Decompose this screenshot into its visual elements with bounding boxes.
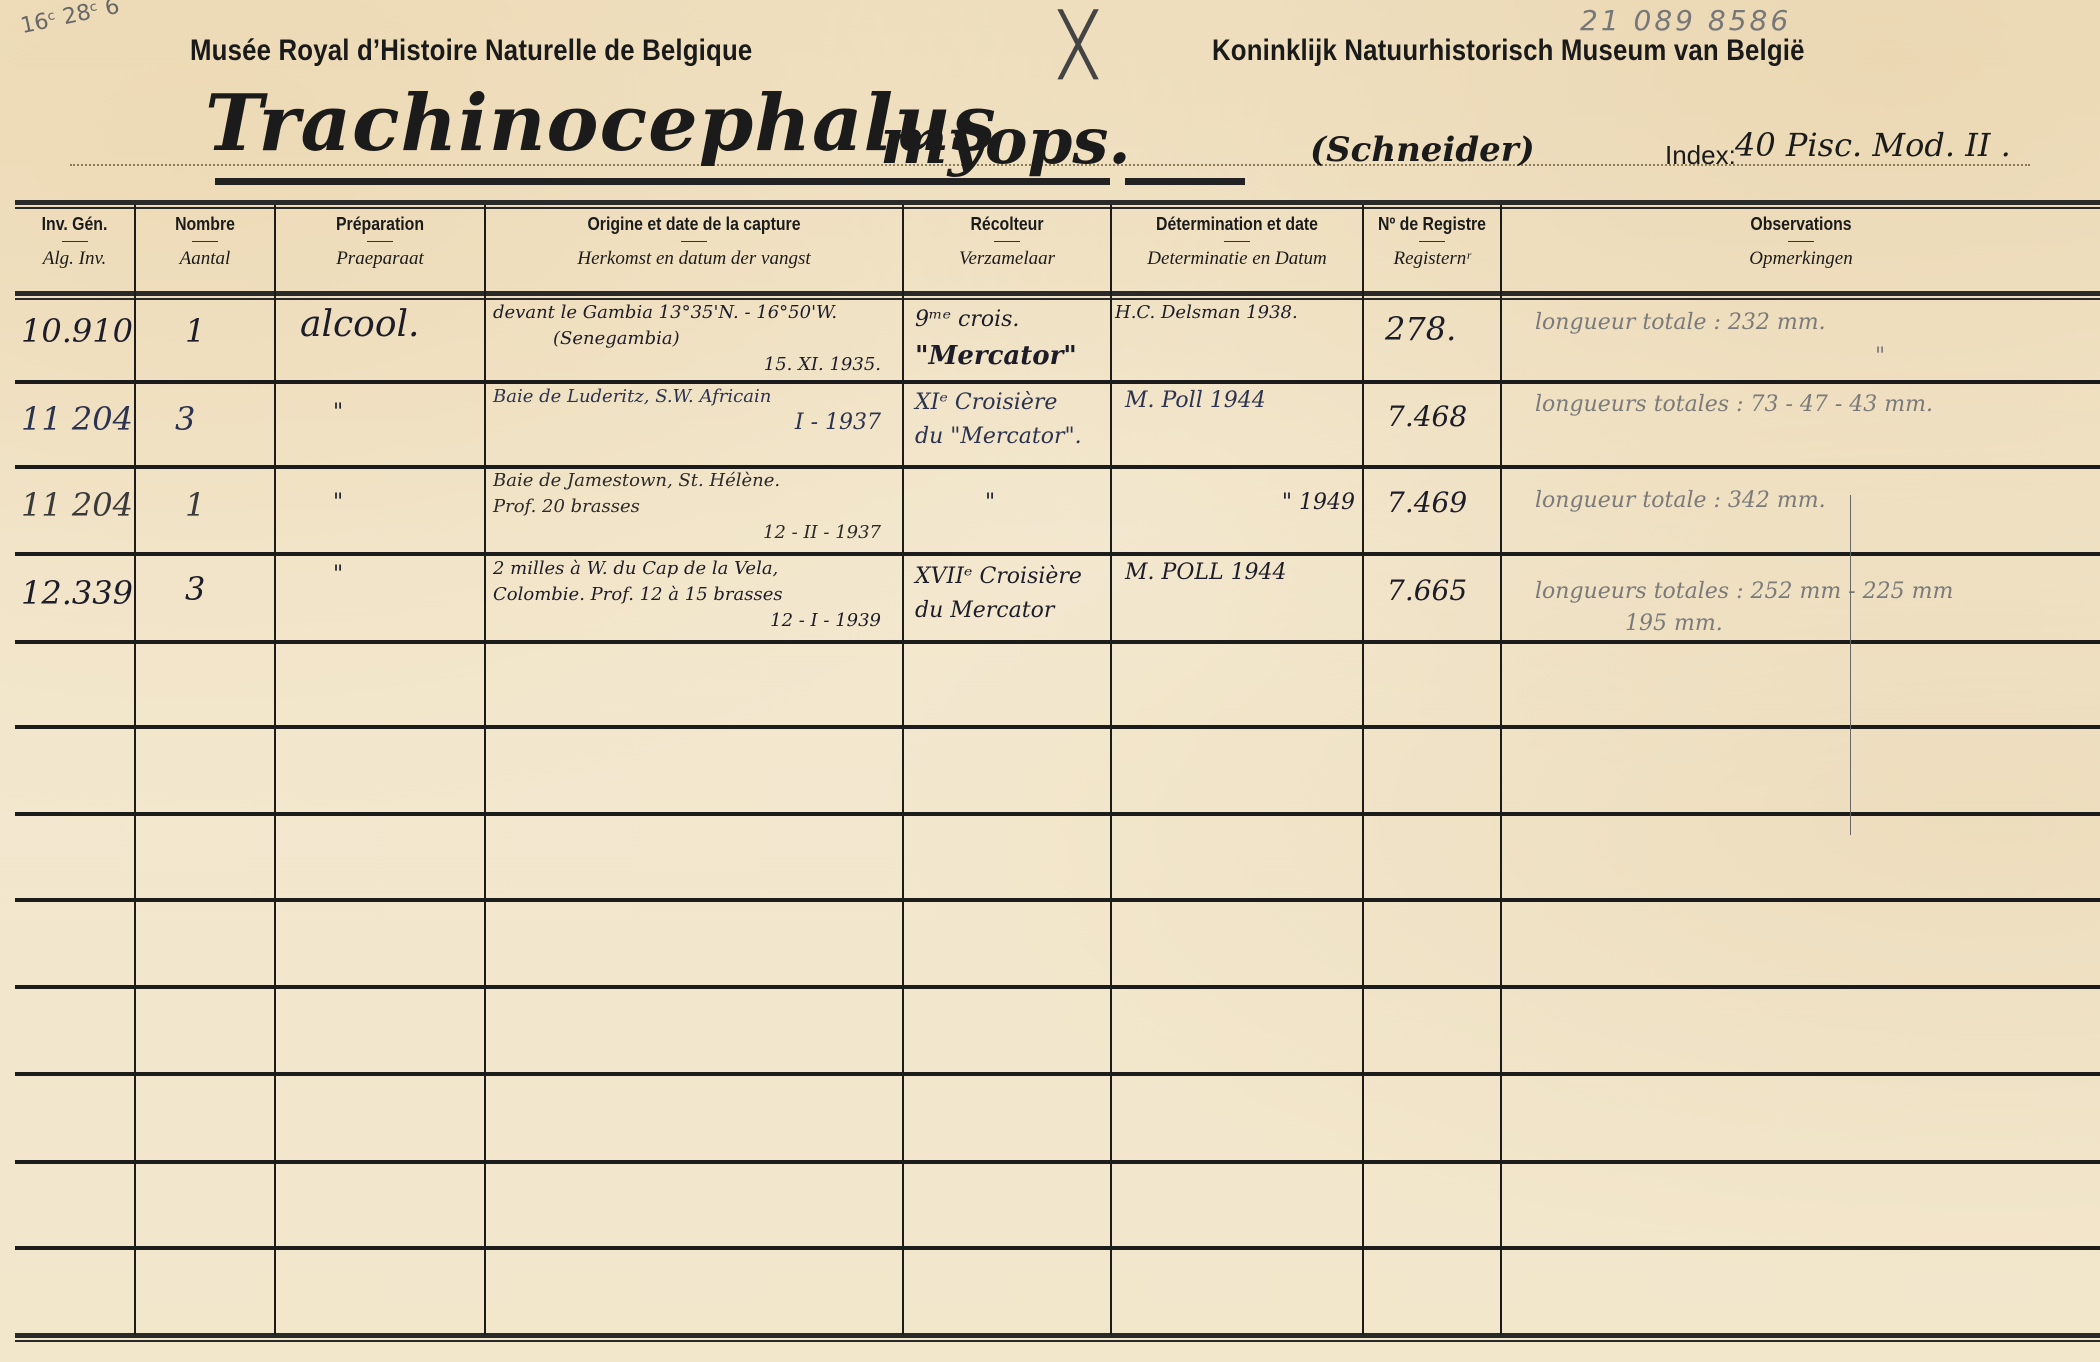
observation-line: longueur totale : 342 mm. [1535,488,1826,513]
recolteur-line: "Mercator" [915,338,1077,374]
register-table: Inv. Gén. Alg. Inv. Nombre Aantal Prépar… [15,200,2100,1342]
observation-line: longueur totale : 232 mm. [1535,306,1885,340]
row-divider [15,1246,2100,1250]
header-dash [1224,241,1250,242]
row-divider [15,465,2100,469]
column-header-nombre: Nombre Aantal [136,214,274,294]
header-nl: Praeparaat [276,248,484,270]
cell-recolteur: XIᵉ Croisière du "Mercator". [915,386,1082,454]
origine-line: devant le Gambia 13°35'N. - 16°50'W. [493,300,901,326]
cell-determination: H.C. Delsman 1938. [1115,300,1298,326]
cell-origine: Baie de Jamestown, St. Hélène. Prof. 20 … [493,468,901,546]
column-divider [134,205,136,1335]
table-bottom-rule [15,1333,2100,1342]
origine-line: Colombie. Prof. 12 à 15 brasses [493,582,901,608]
origine-line: Baie de Luderitz, S.W. Africain [493,384,901,410]
cell-observations: longueur totale : 232 mm. " [1535,306,1885,374]
origine-line: Baie de Jamestown, St. Hélène. [493,468,901,494]
cell-preparation: " [333,490,343,515]
cell-inv: 12.339 [21,574,133,612]
column-header-registre: Nº de Registre Registernʳ [1364,214,1500,294]
cell-observations: longueur totale : 342 mm. [1535,488,1826,513]
column-divider [274,205,276,1335]
header-fr: Récolteur [916,214,1097,235]
header-nl: Opmerkingen [1502,248,2100,270]
cell-inv: 10.910 [21,312,133,350]
header-dash [1419,241,1445,242]
header-nl: Determinatie en Datum [1112,248,1362,270]
taxon-author: (Schneider) [1310,130,1535,170]
cell-preparation: " [333,562,343,587]
header-dash [192,241,218,242]
recolteur-line: XIᵉ Croisière [915,386,1082,420]
column-divider [902,205,904,1335]
species-name: myops. [880,104,1131,179]
cell-nombre: 3 [185,570,205,608]
column-divider [1500,205,1502,1335]
margin-note: 16ᶜ 28ᶜ 6 [19,0,122,38]
header-fr: Préparation [288,214,471,235]
observation-line: " [1535,340,1885,374]
origine-line: Prof. 20 brasses [493,494,901,520]
cell-origine: 2 milles à W. du Cap de la Vela, Colombi… [493,556,901,634]
header-dash [62,241,88,242]
header-dash [681,241,707,242]
museum-name-dutch: Koninklijk Natuurhistorisch Museum van B… [1212,34,1805,68]
museum-name-french: Musée Royal d’Histoire Naturelle de Belg… [190,34,752,68]
recolteur-line: 9ᵐᵉ crois. [915,302,1077,338]
cell-registre: 7.468 [1387,400,1467,433]
column-header-observations: Observations Opmerkingen [1502,214,2100,294]
header-fr: Inv. Gén. [22,214,127,235]
cell-nombre: 3 [175,400,195,438]
cell-inv: 11 204 [21,486,133,524]
genus-name: Trachinocephalus [205,78,997,169]
index-label: Index: [1665,140,1736,171]
row-divider [15,1160,2100,1164]
archive-number: 21 089 8586 [1580,4,1791,37]
row-divider [15,1072,2100,1076]
origine-date: 12 - II - 1937 [493,520,901,546]
observation-line: longueurs totales : 252 mm - 225 mm [1535,576,1953,608]
cell-origine: devant le Gambia 13°35'N. - 16°50'W. (Se… [493,300,901,378]
column-header-origine: Origine et date de la capture Herkomst e… [486,214,902,294]
header-nl: Registernʳ [1364,248,1500,270]
origine-line: 2 milles à W. du Cap de la Vela, [493,556,901,582]
row-divider [15,812,2100,816]
header-dash [367,241,393,242]
header-dash [1788,241,1814,242]
cell-registre: 7.665 [1387,574,1467,607]
pencil-mark [1850,495,1851,835]
recolteur-line: XVIIᵉ Croisière [915,560,1082,594]
recolteur-line: " [985,490,995,515]
column-header-recolteur: Récolteur Verzamelaar [904,214,1110,294]
origine-date: I - 1937 [493,410,901,436]
header-fr: Origine et date de la capture [511,214,877,235]
cell-inv: 11 204 [21,400,133,438]
header-nl: Verzamelaar [904,248,1110,270]
header-dash [994,241,1020,242]
x-mark: ╳ [1060,10,1096,80]
header-fr: Détermination et date [1127,214,1347,235]
header-fr: Nº de Registre [1372,214,1492,235]
cell-recolteur: " [985,490,995,515]
column-header-determination: Détermination et date Determinatie en Da… [1112,214,1362,294]
header-nl: Aantal [136,248,274,270]
origine-date: 12 - I - 1939 [493,608,901,634]
table-top-rule [15,200,2100,209]
row-divider [15,640,2100,644]
cell-nombre: 1 [185,486,205,524]
column-divider [1110,205,1112,1335]
column-header-inv: Inv. Gén. Alg. Inv. [15,214,134,294]
cell-determination: M. Poll 1944 [1125,388,1266,413]
cell-preparation: alcool. [300,304,419,345]
cell-registre: 7.469 [1387,486,1467,519]
origine-date: 15. XI. 1935. [493,352,901,378]
species-underline [1125,178,1245,185]
column-divider [1362,205,1364,1335]
observation-line: 195 mm. [1535,608,1953,640]
header-nl: Herkomst en datum der vangst [486,248,902,270]
cell-nombre: 1 [185,312,205,350]
header-fr: Nombre [144,214,265,235]
cell-recolteur: 9ᵐᵉ crois. "Mercator" [915,302,1077,374]
column-header-preparation: Préparation Praeparaat [276,214,484,294]
cell-determination: " 1949 [1175,490,1355,515]
genus-underline [215,178,1110,185]
cell-preparation: " [333,400,343,425]
cell-observations: longueurs totales : 73 - 47 - 43 mm. [1535,392,1933,417]
row-divider [15,380,2100,384]
column-divider [484,205,486,1335]
origine-line: (Senegambia) [493,326,901,352]
cell-registre: 278. [1385,310,1456,348]
recolteur-line: du "Mercator". [915,420,1082,454]
cell-recolteur: XVIIᵉ Croisière du Mercator [915,560,1082,628]
row-divider [15,985,2100,989]
cell-determination: M. POLL 1944 [1125,560,1287,585]
index-value: 40 Pisc. Mod. II . [1735,126,2011,164]
cell-observations: longueurs totales : 252 mm - 225 mm 195 … [1535,576,1953,640]
row-divider [15,725,2100,729]
header-nl: Alg. Inv. [15,248,134,270]
header-fr: Observations [1538,214,2064,235]
recolteur-line: du Mercator [915,594,1082,628]
row-divider [15,552,2100,556]
row-divider [15,898,2100,902]
cell-origine: Baie de Luderitz, S.W. Africain I - 1937 [493,384,901,436]
observation-line: longueurs totales : 73 - 47 - 43 mm. [1535,392,1933,417]
